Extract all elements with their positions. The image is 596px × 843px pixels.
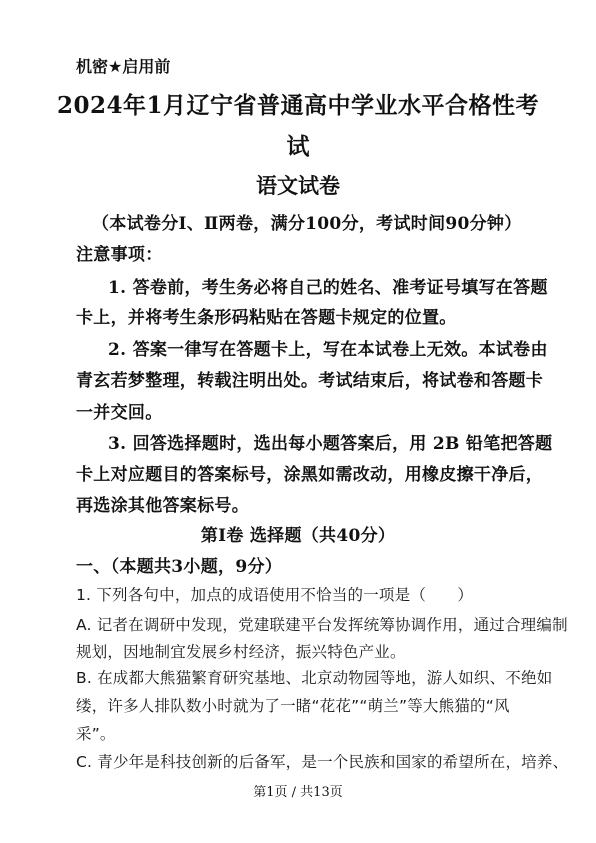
notice-item-3-line-3: 再选涂其他答案标号。 <box>76 491 249 516</box>
notice-item-1-line-1: 1. 答卷前，考生务必将自己的姓名、准考证号填写在答题 <box>108 273 548 298</box>
question-1-option-b-line-1: B. 在成都大熊猫繁育研究基地、北京动物园等地，游人如织、不绝如 <box>76 666 552 688</box>
notice-item-2-line-3: 一并交回。 <box>76 398 163 423</box>
notice-heading: 注意事项： <box>76 240 163 265</box>
page-indicator: 第1页 / 共13页 <box>0 781 596 800</box>
question-1-option-c-line-1: C. 青少年是科技创新的后备军，是一个民族和国家的希望所在，培养、 <box>76 750 568 772</box>
section-title: 第Ⅰ卷 选择题（共40分） <box>0 521 596 546</box>
question-1-option-b-line-3: 采”。 <box>76 722 116 744</box>
subject-title: 语文试卷 <box>0 170 596 200</box>
exam-page: 机密★启用前 2024年1月辽宁省普通高中学业水平合格性考 试 语文试卷 （本试… <box>0 0 596 843</box>
exam-info: （本试卷分Ⅰ、Ⅱ两卷，满分100分，考试时间90分钟） <box>92 209 522 234</box>
notice-item-1-line-2: 卡上，并将考生条形码粘贴在答题卡规定的位置。 <box>76 303 457 328</box>
notice-item-3-line-1: 3. 回答选择题时，选出每小题答案后，用 2B 铅笔把答题 <box>108 429 552 454</box>
exam-title-line1: 2024年1月辽宁省普通高中学业水平合格性考 <box>0 87 596 120</box>
question-1-option-a-line-1: A. 记者在调研中发现，党建联建平台发挥统筹协调作用，通过合理编制 <box>76 613 568 635</box>
notice-item-3-line-2: 卡上对应题目的答案标号，涂黑如需改动，用橡皮擦干净后， <box>76 460 543 485</box>
exam-title-line2: 试 <box>0 128 596 161</box>
confidential-label: 机密★启用前 <box>76 54 170 77</box>
question-1-option-a-line-2: 规划，因地制宜发展乡村经济，振兴特色产业。 <box>76 640 406 662</box>
notice-item-2-line-2: 青玄若梦整理，转载注明出处。考试结束后，将试卷和答题卡 <box>76 366 543 391</box>
section-part-heading: 一、（本题共3小题，9分） <box>76 552 282 577</box>
notice-item-2-line-1: 2. 答案一律写在答题卡上，写在本试卷上无效。本试卷由 <box>108 335 548 360</box>
question-1-option-b-line-2: 缕，许多人排队数小时就为了一睹“花花”“萌兰”等大熊猫的“风 <box>76 694 510 716</box>
question-1-stem: 1. 下列各句中，加点的成语使用不恰当的一项是（ ） <box>76 583 473 605</box>
